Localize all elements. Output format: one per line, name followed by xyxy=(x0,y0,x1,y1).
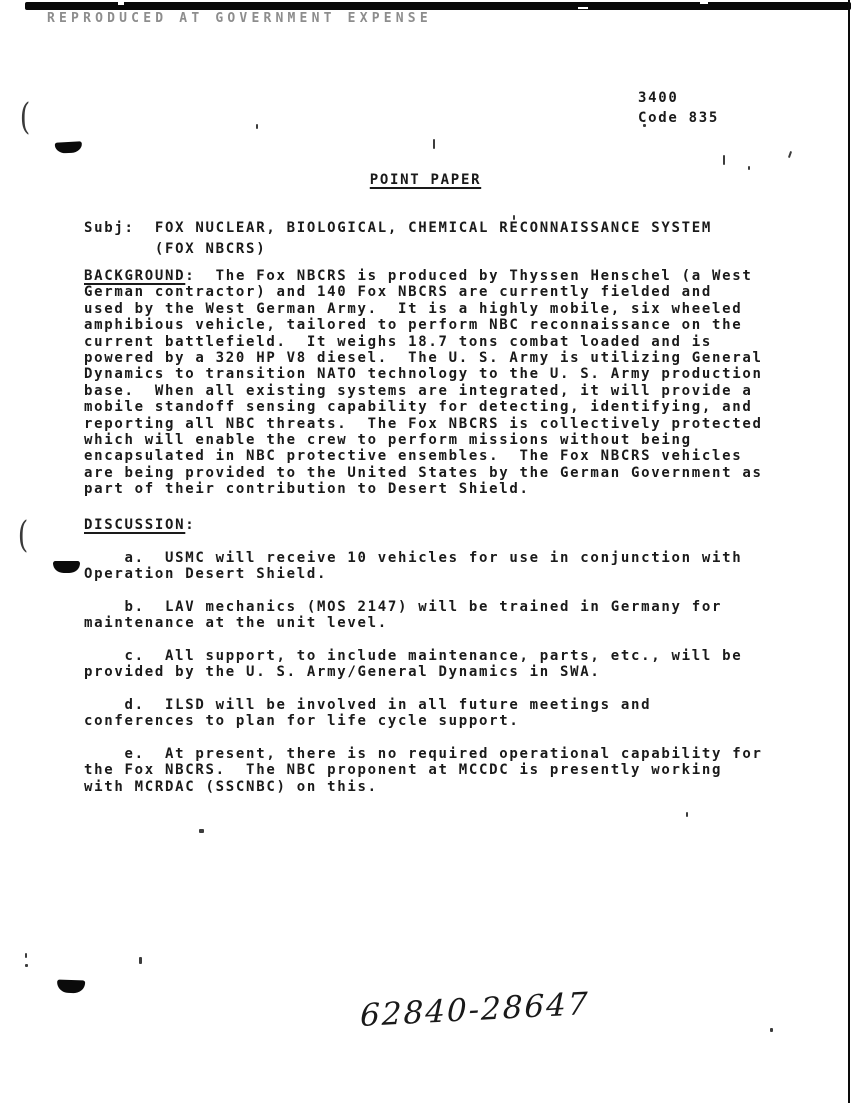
scan-speck xyxy=(770,1028,773,1032)
scan-speck xyxy=(139,957,142,964)
ink-blob xyxy=(55,141,83,153)
background-section: BACKGROUND: The Fox NBCRS is produced by… xyxy=(84,268,763,498)
discussion-item-d: d. ILSD will be involved in all future m… xyxy=(84,697,651,730)
scan-artifact-paren: ( xyxy=(20,100,31,136)
background-text: : The Fox NBCRS is produced by Thyssen H… xyxy=(84,268,763,497)
subject-block: Subj: FOX NUCLEAR, BIOLOGICAL, CHEMICAL … xyxy=(84,218,712,260)
scan-speck xyxy=(199,829,204,833)
discussion-item-a: a. USMC will receive 10 vehicles for use… xyxy=(84,550,742,583)
scan-speck xyxy=(686,812,688,817)
reference-number: 3400 xyxy=(638,90,679,106)
handwritten-number: 62840-28647 xyxy=(360,986,590,1034)
scan-speck xyxy=(723,155,725,165)
discussion-item-e: e. At present, there is no required oper… xyxy=(84,746,763,795)
scan-speck xyxy=(748,166,750,170)
scan-artifact-paren: ( xyxy=(18,518,29,554)
discussion-heading: DISCUSSION: xyxy=(84,517,195,533)
discussion-item-c: c. All support, to include maintenance, … xyxy=(84,648,742,681)
ink-blob xyxy=(53,561,80,573)
reference-block: 3400 Code 835 xyxy=(638,88,719,128)
scan-bar-notch xyxy=(700,2,708,4)
scan-edge-right-line xyxy=(848,0,851,1103)
reference-code: Code 835 xyxy=(638,110,719,126)
scan-speck xyxy=(788,151,792,158)
scan-speck xyxy=(25,953,27,958)
scan-edge-top-bar xyxy=(25,2,851,10)
scan-speck xyxy=(433,139,435,149)
discussion-label: DISCUSSION xyxy=(84,517,185,533)
page-title: POINT PAPER xyxy=(370,172,481,188)
title-row: POINT PAPER xyxy=(0,172,851,188)
scan-speck xyxy=(256,124,258,129)
discussion-colon: : xyxy=(185,517,195,533)
scanned-document-page: REPRODUCED AT GOVERNMENT EXPENSE ( ( 340… xyxy=(0,0,851,1103)
scan-bar-notch xyxy=(118,2,124,5)
reproduction-stamp: REPRODUCED AT GOVERNMENT EXPENSE xyxy=(47,11,432,26)
ink-blob xyxy=(57,980,85,994)
discussion-item-b: b. LAV mechanics (MOS 2147) will be trai… xyxy=(84,599,722,632)
scan-bar-notch xyxy=(578,7,588,9)
scan-speck xyxy=(25,964,28,967)
background-label: BACKGROUND xyxy=(84,268,185,284)
